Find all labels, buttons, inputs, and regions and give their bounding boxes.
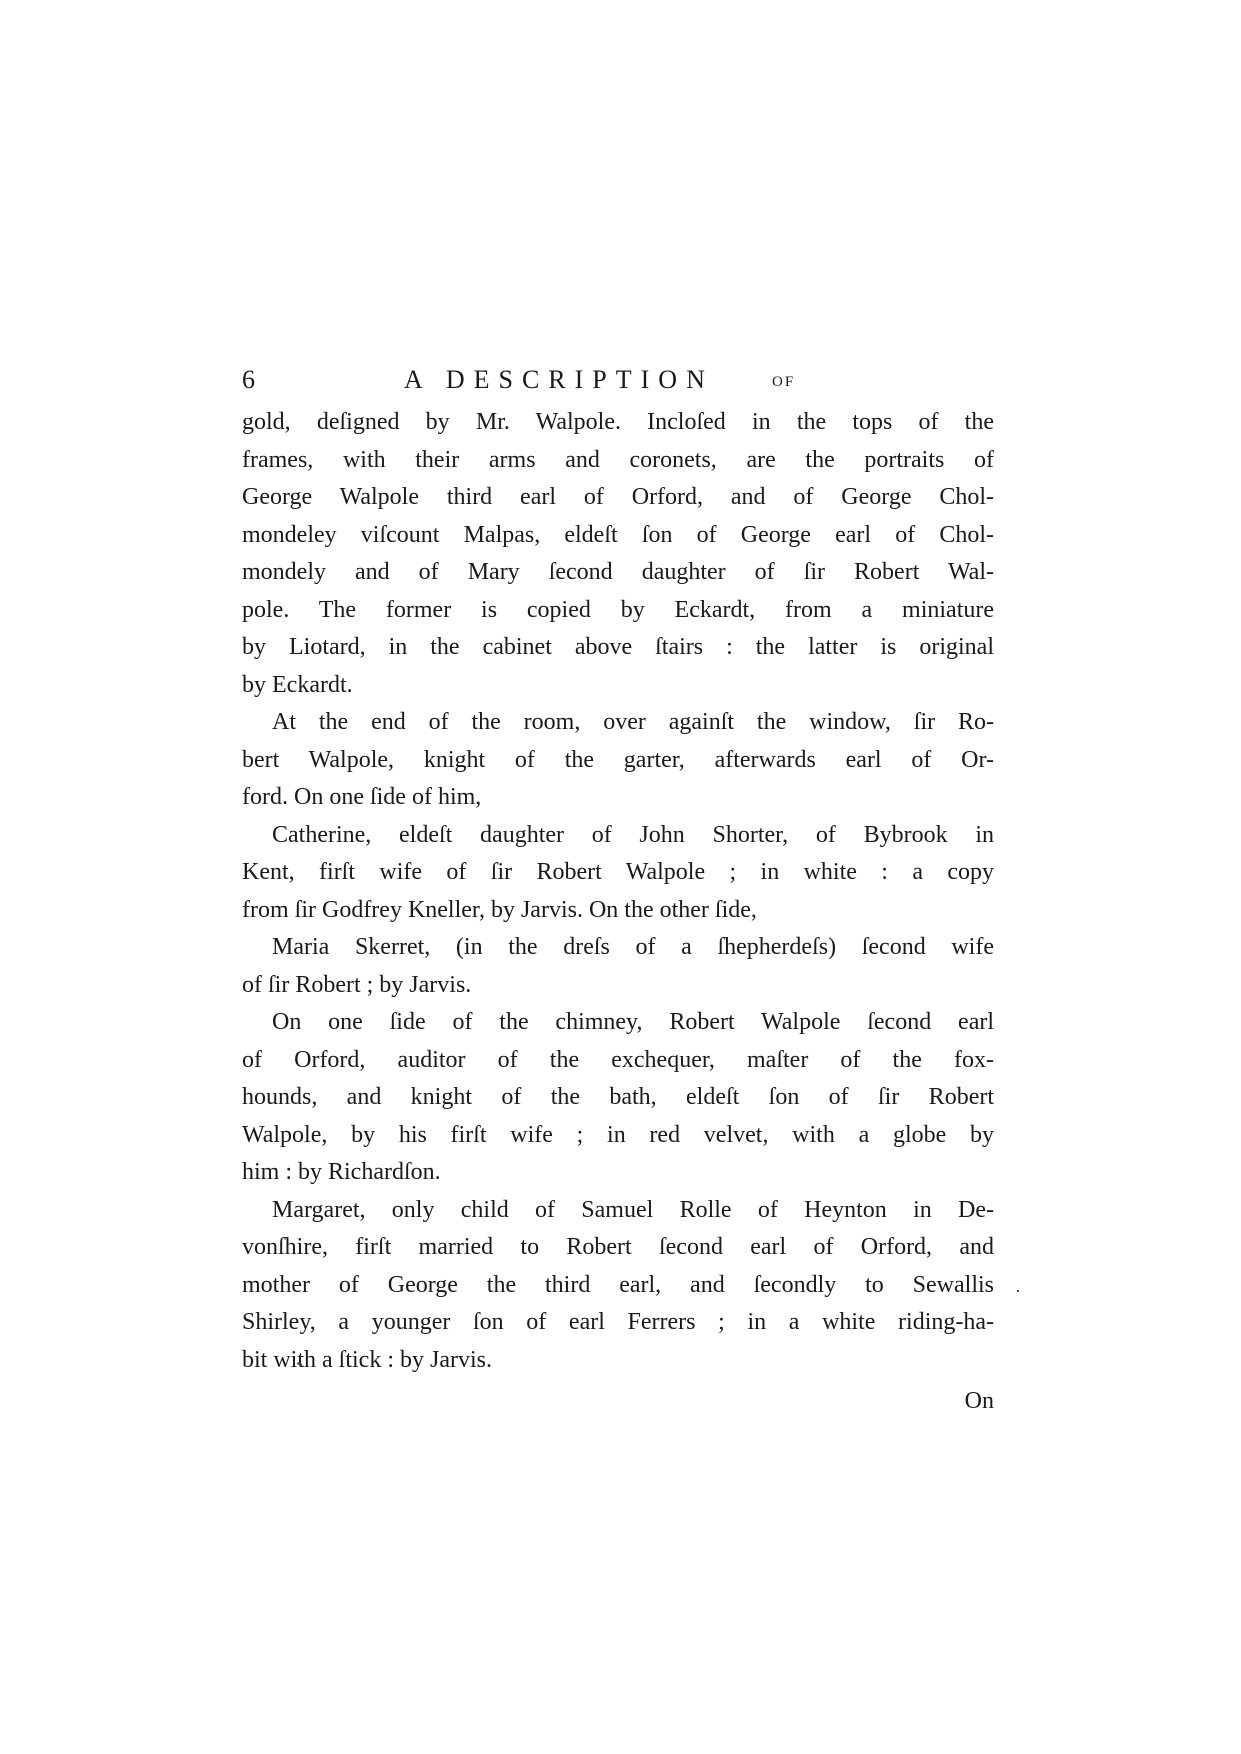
text-line: him : by Richardſon. [242, 1154, 994, 1192]
paragraph-4: Maria Skerret, (in the dreſs of a ſhephe… [242, 929, 994, 1004]
text-line: At the end of the room, over againſt the… [242, 704, 994, 742]
paragraph-5: On one ſide of the chimney, Robert Walpo… [242, 1004, 994, 1192]
paragraph-2: At the end of the room, over againſt the… [242, 704, 994, 817]
text-line: gold, deſigned by Mr. Walpole. Incloſed … [242, 404, 994, 442]
text-line: from ſir Godfrey Kneller, by Jarvis. On … [242, 892, 994, 930]
paragraph-6: Margaret, only child of Samuel Rolle of … [242, 1192, 994, 1380]
running-title: A DESCRIPTION [404, 360, 714, 400]
text-line: hounds, and knight of the bath, eldeſt ſ… [242, 1079, 994, 1117]
page-number: 6 [242, 360, 255, 400]
text-line: by Eckardt. [242, 667, 994, 705]
text-line: Margaret, only child of Samuel Rolle of … [242, 1192, 994, 1230]
book-page: 6 A DESCRIPTION OF gold, deſigned by Mr.… [242, 360, 994, 1421]
text-line: Shirley, a younger ſon of earl Ferrers ;… [242, 1304, 994, 1342]
text-line: Catherine, eldeſt daughter of John Short… [242, 817, 994, 855]
text-line: On one ſide of the chimney, Robert Walpo… [242, 1004, 994, 1042]
paragraph-3: Catherine, eldeſt daughter of John Short… [242, 817, 994, 930]
text-line: bert Walpole, knight of the garter, afte… [242, 742, 994, 780]
text-line: of Orford, auditor of the exchequer, maſ… [242, 1042, 994, 1080]
text-line: Kent, firſt wife of ſir Robert Walpole ;… [242, 854, 994, 892]
print-speck [1017, 1290, 1019, 1292]
text-line: by Liotard, in the cabinet above ſtairs … [242, 629, 994, 667]
text-line: Walpole, by his firſt wife ; in red velv… [242, 1117, 994, 1155]
text-line: mondeley viſcount Malpas, eldeſt ſon of … [242, 517, 994, 555]
text-line: George Walpole third earl of Orford, and… [242, 479, 994, 517]
text-line: mother of George the third earl, and ſec… [242, 1267, 994, 1305]
text-line: frames, with their arms and coronets, ar… [242, 442, 994, 480]
running-head: 6 A DESCRIPTION OF [242, 360, 994, 400]
catchword: On [242, 1383, 994, 1421]
text-line: of ſir Robert ; by Jarvis. [242, 967, 994, 1005]
text-line: pole. The former is copied by Eckardt, f… [242, 592, 994, 630]
running-title-of: OF [772, 362, 795, 402]
text-line: ford. On one ſide of him, [242, 779, 994, 817]
text-line: bit with a ſtick : by Jarvis. [242, 1342, 994, 1380]
text-line: vonſhire, firſt married to Robert ſecond… [242, 1229, 994, 1267]
text-line: Maria Skerret, (in the dreſs of a ſhephe… [242, 929, 994, 967]
body-text: gold, deſigned by Mr. Walpole. Incloſed … [242, 404, 994, 1379]
paragraph-1: gold, deſigned by Mr. Walpole. Incloſed … [242, 404, 994, 704]
text-line: mondely and of Mary ſecond daughter of ſ… [242, 554, 994, 592]
